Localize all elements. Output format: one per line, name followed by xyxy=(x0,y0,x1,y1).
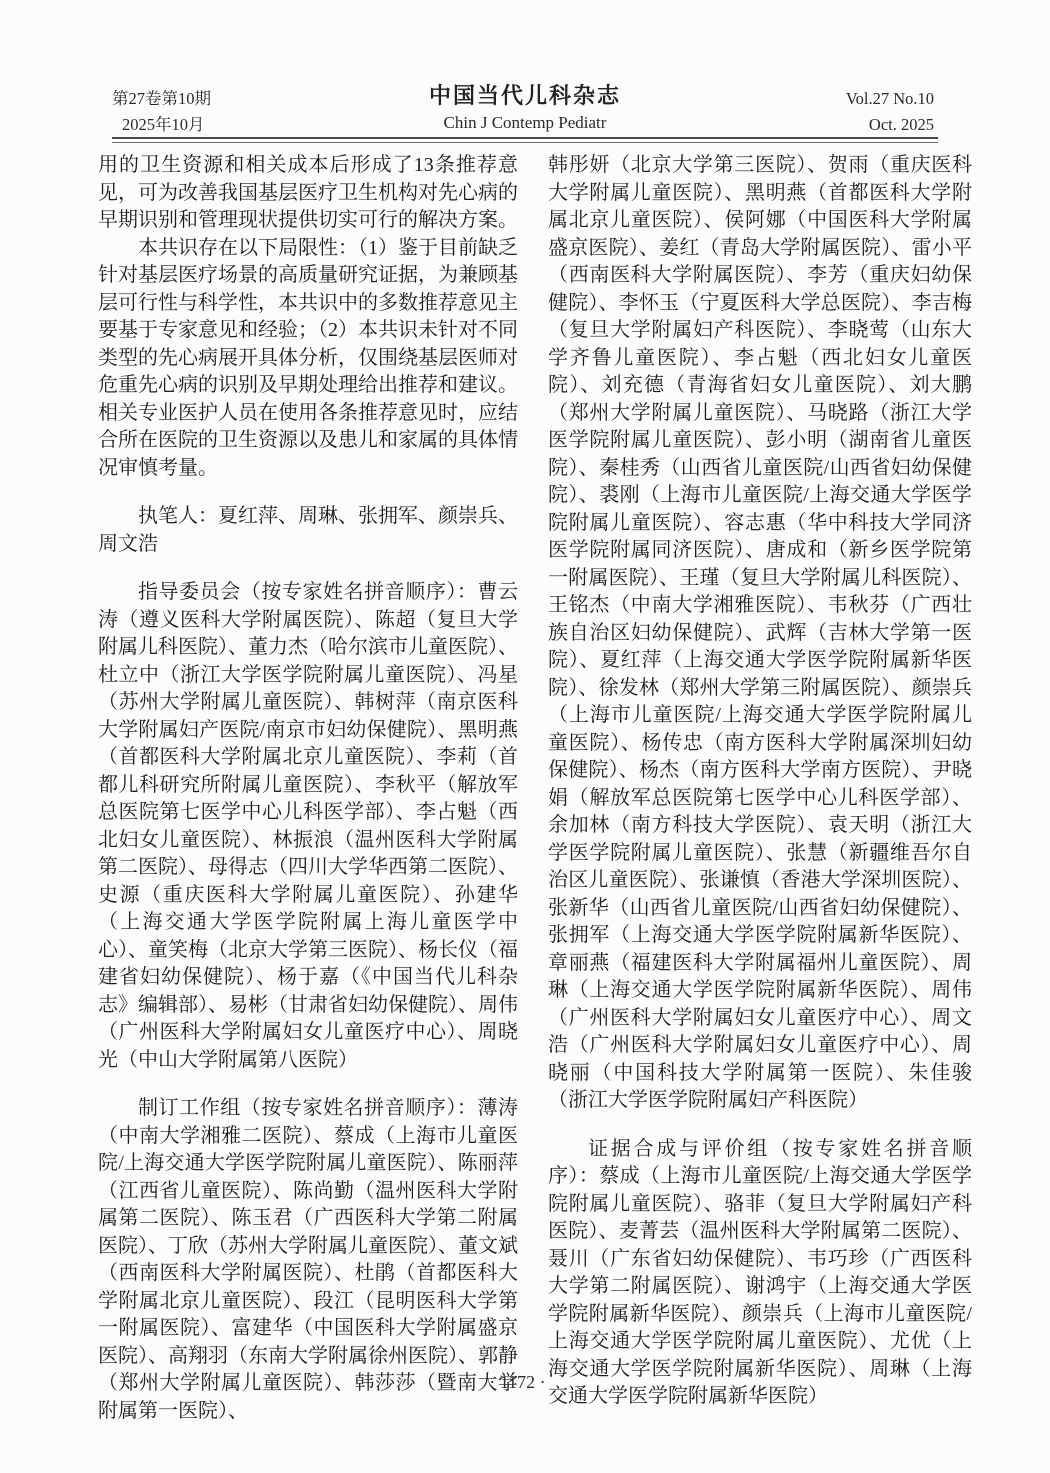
evidence-evaluation-group-paragraph: 证据合成与评价组（按专家姓名拼音顺序）：蔡成（上海市儿童医院/上海交通大学医学院… xyxy=(548,1136,972,1411)
drafting-authors-paragraph: 执笔人：夏红萍、周琳、张拥军、颜崇兵、周文浩 xyxy=(98,503,518,558)
page-number: · 1172 · xyxy=(0,1372,1035,1393)
working-group-continuation-paragraph: 韩彤妍（北京大学第三医院）、贺雨（重庆医科大学附属儿童医院）、黑明燕（首都医科大… xyxy=(548,152,972,1115)
body-paragraph-continuation: 用的卫生资源和相关成本后形成了13条推荐意见，可为改善我国基层医疗卫生机构对先心… xyxy=(98,152,518,235)
limitations-paragraph: 本共识存在以下局限性：（1）鉴于目前缺乏针对基层医疗场景的高质量研究证据，为兼顾… xyxy=(98,235,518,483)
header-double-rule xyxy=(112,137,938,143)
journal-page: 第27卷第10期 2025年10月 中国当代儿科杂志 Chin J Contem… xyxy=(0,0,1050,1473)
left-column: 用的卫生资源和相关成本后形成了13条推荐意见，可为改善我国基层医疗卫生机构对先心… xyxy=(98,152,518,1425)
right-column: 韩彤妍（北京大学第三医院）、贺雨（重庆医科大学附属儿童医院）、黑明燕（首都医科大… xyxy=(548,152,972,1411)
header-right-block: Vol.27 No.10 Oct. 2025 xyxy=(846,86,934,138)
volume-issue-en: Vol.27 No.10 xyxy=(846,86,934,112)
date-en: Oct. 2025 xyxy=(846,112,934,138)
steering-committee-paragraph: 指导委员会（按专家姓名拼音顺序）：曹云涛（遵义医科大学附属医院）、陈超（复旦大学… xyxy=(98,579,518,1074)
